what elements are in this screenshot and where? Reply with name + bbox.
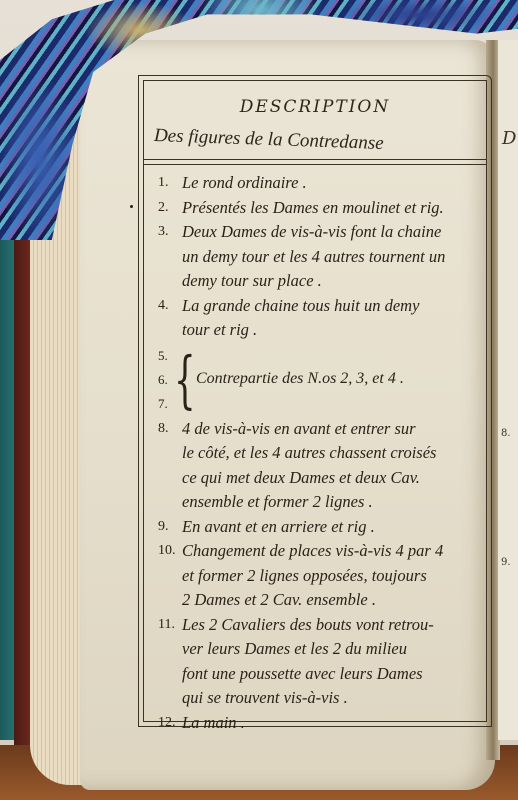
engraved-frame: DESCRIPTION Des figures de la Contredans…	[138, 75, 492, 727]
item-text: La main .	[182, 711, 480, 736]
curly-brace-icon: {	[174, 349, 184, 411]
item-number: 10.	[158, 539, 182, 613]
item-numbers: 5. 6. 7.	[158, 344, 174, 416]
list-item: 8. 4 de vis-à-vis en avant et entrer sur…	[158, 417, 480, 515]
item-text: En avant et en arriere et rig .	[182, 515, 480, 540]
ink-spot	[130, 205, 133, 208]
item-text: Le rond ordinaire .	[182, 171, 480, 196]
right-page-number-9: 9.	[501, 557, 511, 568]
item-text: La grande chaine tous huit un demy tour …	[182, 294, 480, 343]
item-number: 8.	[158, 417, 182, 515]
page-title: DESCRIPTION	[144, 97, 486, 117]
item-number: 1.	[158, 171, 182, 196]
item-text: Changement de places vis-à-vis 4 par 4 e…	[182, 539, 480, 613]
list-item: 4. La grande chaine tous huit un demy to…	[158, 294, 480, 343]
list-item-bracketed: 5. 6. 7. { Contrepartie des N.os 2, 3, e…	[158, 343, 480, 417]
page-subtitle: Des figures de la Contredanse	[154, 125, 384, 155]
right-page: D 8. 9.	[498, 40, 518, 740]
list-item: 1. Le rond ordinaire .	[158, 171, 480, 196]
item-number: 9.	[158, 515, 182, 540]
item-text: 4 de vis-à-vis en avant et entrer sur le…	[182, 417, 480, 515]
title-divider	[144, 159, 486, 165]
list-item: 9. En avant et en arriere et rig .	[158, 515, 480, 540]
list-item: 3. Deux Dames de vis-à-vis font la chain…	[158, 220, 480, 294]
right-page-number-8: 8.	[501, 428, 511, 439]
list-item: 2. Présentés les Dames en moulinet et ri…	[158, 196, 480, 221]
item-number: 12.	[158, 711, 182, 736]
item-number: 3.	[158, 220, 182, 294]
item-text: Contrepartie des N.os 2, 3, et 4 .	[196, 367, 404, 392]
right-page-heading-letter: D	[502, 128, 516, 149]
item-text: Deux Dames de vis-à-vis font la chaine u…	[182, 220, 480, 294]
list-item: 10. Changement de places vis-à-vis 4 par…	[158, 539, 480, 613]
figure-list: 1. Le rond ordinaire . 2. Présentés les …	[158, 171, 480, 735]
item-text: Présentés les Dames en moulinet et rig.	[182, 196, 480, 221]
item-number: 4.	[158, 294, 182, 343]
item-number: 2.	[158, 196, 182, 221]
item-text: Les 2 Cavaliers des bouts vont retrou- v…	[182, 613, 480, 711]
list-item: 11. Les 2 Cavaliers des bouts vont retro…	[158, 613, 480, 711]
list-item: 12. La main .	[158, 711, 480, 736]
engraved-frame-inner: DESCRIPTION Des figures de la Contredans…	[143, 80, 487, 722]
item-number: 11.	[158, 613, 182, 711]
